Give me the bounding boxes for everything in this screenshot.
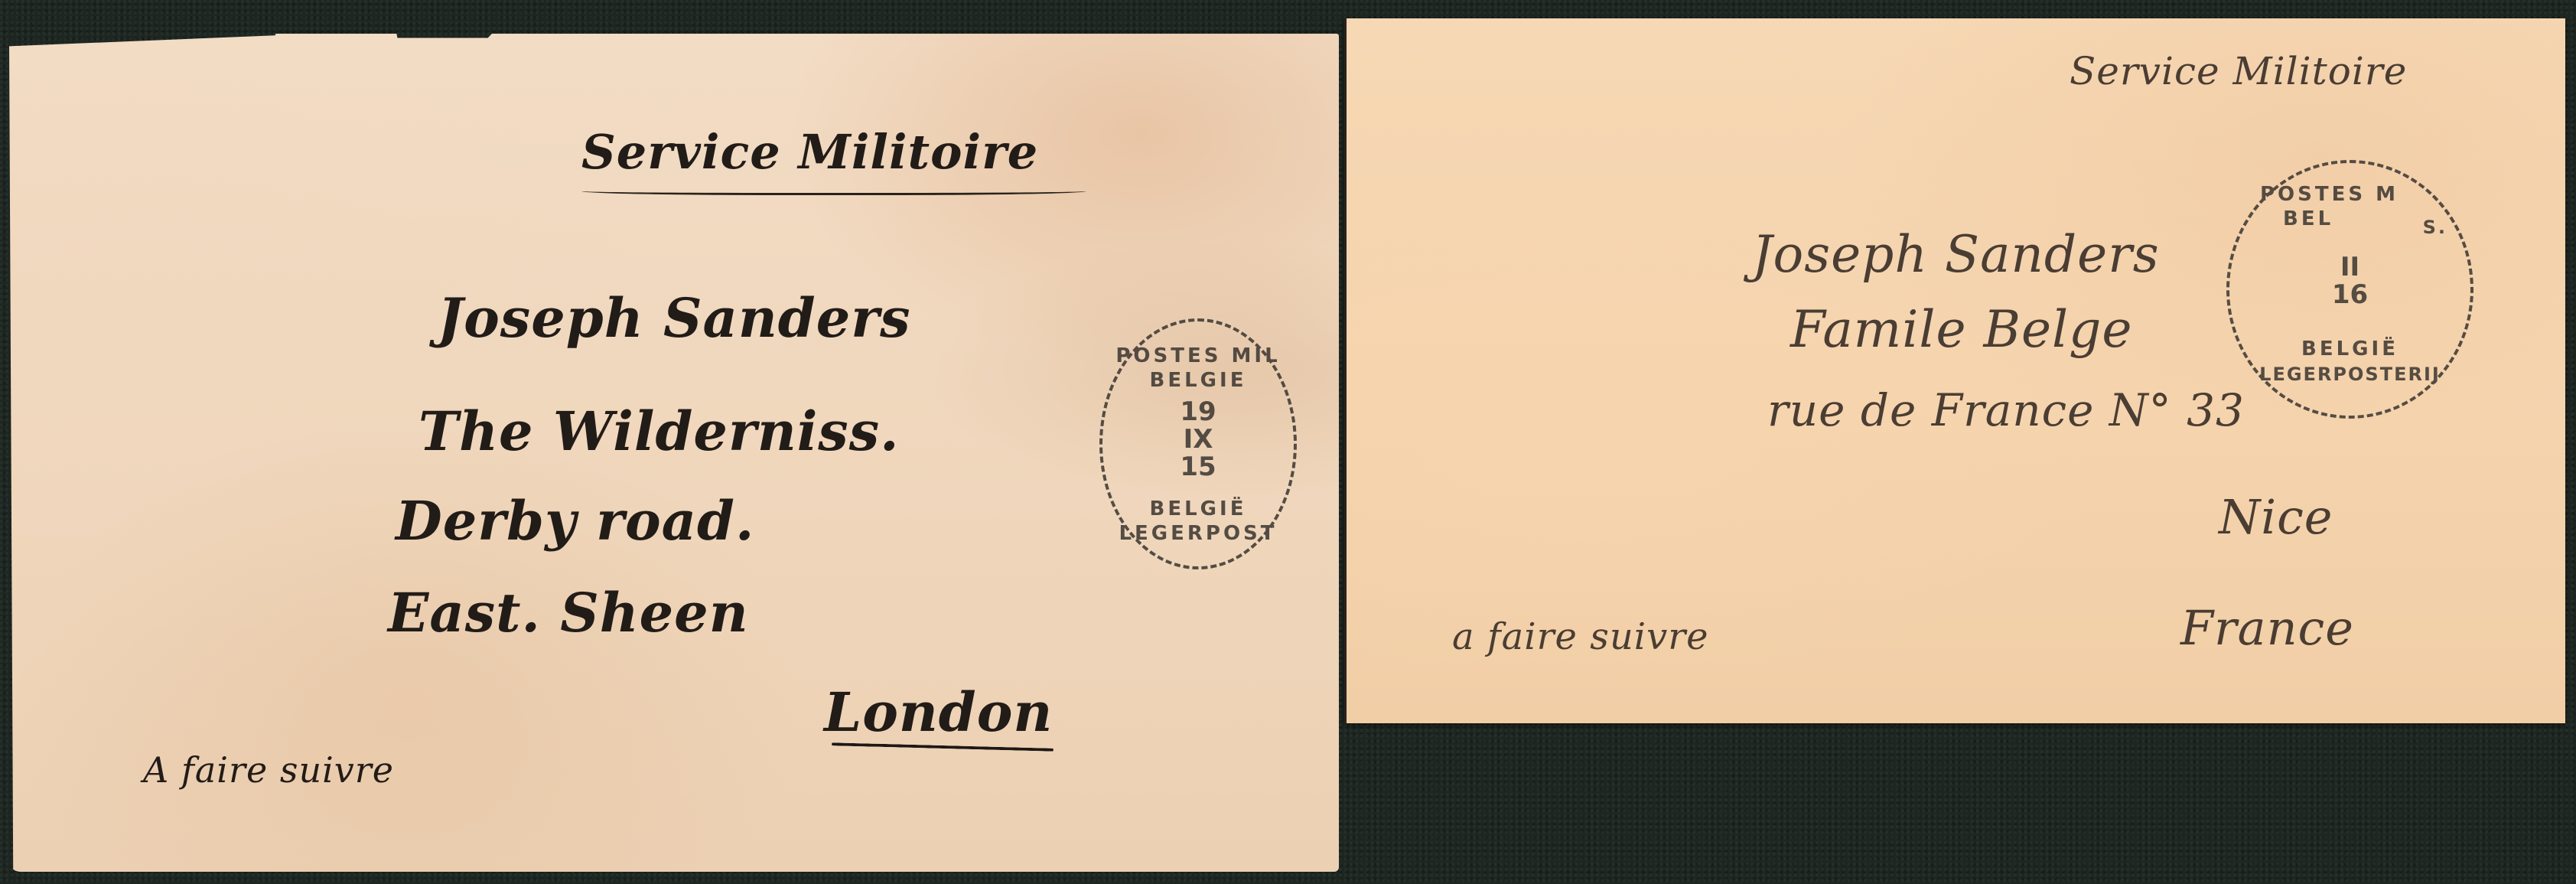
address-line-country: France [2180, 600, 2354, 656]
address-line-house: The Wilderniss. [418, 400, 900, 463]
envelope-header-service-militaire: Service Militoire [2070, 49, 2407, 93]
envelope-left: Service Militoire Joseph Sanders The Wil… [9, 34, 1339, 872]
postmark-date-year: 16 [2229, 281, 2470, 308]
postmark-ring-top: POSTES MIL [1102, 344, 1294, 367]
address-line-name: Joseph Sanders [1752, 225, 2160, 284]
forwarding-note: a faire suivre [1452, 615, 1709, 658]
envelope-right: Service Militoire Joseph Sanders Famile … [1344, 18, 2565, 723]
postmark-ring-side: S. [2423, 217, 2447, 238]
envelope-header-service-militaire: Service Militoire [581, 124, 1038, 180]
postmark-ring-bottom: BELGIË [1102, 497, 1294, 520]
address-line-name: Joseph Sanders [438, 286, 911, 350]
postmark-legerposterij-1915: POSTES MIL BELGIE 19 IX 15 BELGIË LEGERP… [1099, 318, 1297, 569]
postmark-ring-bottom2: LEGERPOST [1102, 522, 1294, 545]
postmark-date-day: 19 [1102, 398, 1294, 426]
postmark-date-month: IX [1102, 426, 1294, 453]
address-line-family: Famile Belge [1790, 300, 2132, 359]
address-line-city: Nice [2219, 489, 2333, 545]
address-line-city: London [824, 680, 1053, 744]
address-line-street: rue de France N° 33 [1767, 384, 2245, 436]
postmark-ring-bottom: BELGIË [2229, 338, 2470, 360]
address-line-street: Derby road. [396, 489, 754, 553]
header-wavy-underline [581, 185, 1086, 195]
postmark-ring-top: POSTES M [2229, 183, 2470, 206]
postmark-ring-mid: BELGIE [1102, 369, 1294, 392]
postmark-ring-bottom2: LEGERPOSTERIJ [2229, 364, 2470, 385]
postmark-date-month: II [2229, 253, 2470, 281]
postmark-legerposterij-1916: POSTES M BEL S. II 16 BELGIË LEGERPOSTER… [2226, 160, 2473, 419]
postmark-date-year: 15 [1102, 453, 1294, 481]
address-line-district: East. Sheen [388, 581, 749, 644]
forwarding-note: A faire suivre [143, 749, 394, 791]
